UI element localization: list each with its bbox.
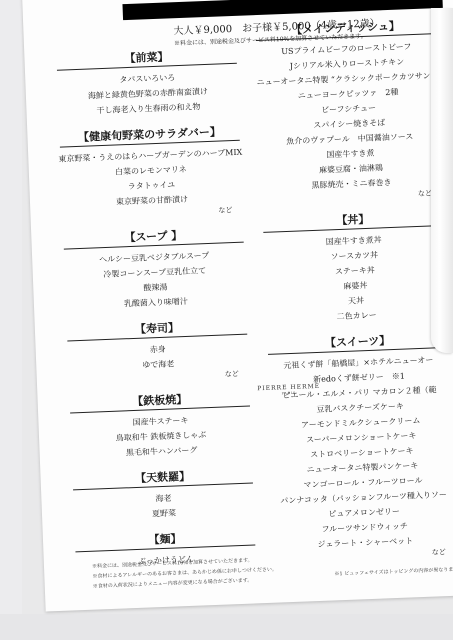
menu-section: 【鉄板焼】国産牛ステーキ鳥取和牛 鉄板焼きしゃぶ黒毛和牛ハンバーグ xyxy=(59,388,261,463)
menu-section: 【寿司】赤身ゆで海老など xyxy=(57,316,259,386)
menu-section: 【健康旬野菜のサラダバー】東京野菜・うえのはらハーブガーデンのハーブMIX白菜の… xyxy=(49,122,252,222)
page-curl xyxy=(431,8,453,353)
menu-section: 【丼】国産牛すき煮丼ソースカツ丼ステーキ丼麻婆丼天丼二色カレー xyxy=(253,208,453,328)
right-column: 【メインディッシュ】USプライムビーフのローストビーフJシリアル米入りローストチ… xyxy=(245,16,453,574)
menu-section: 【天麩羅】海老夏野菜 xyxy=(62,465,264,525)
menu-section: 【スイーツ】元祖くず餅「船橋屋」×ホテルニューオー新edoくず餅ゼリー ※1ピエ… xyxy=(257,330,453,565)
menu-sheet: 大人￥9,000 お子様￥5,000（4歳～12歳） ※料金には、別途税金及びサ… xyxy=(22,0,453,612)
menu-section: 【前菜】タパスいろいろ海鮮と緑黄色野菜の赤酢南蛮漬け干し海老入り生春雨の和え物 xyxy=(46,45,248,120)
menu-section: 【スープ 】ヘルシー豆乳ベジタブルスープ冷製コーンスープ豆乳仕立て酸辣湯乳酸菌入… xyxy=(53,224,256,314)
footnotes-left: ※料金には、別途税金及びサービス料10%を加算させていただきます。 ※食材による… xyxy=(92,555,278,592)
background-edge xyxy=(0,0,22,640)
left-column: 【前菜】タパスいろいろ海鮮と緑黄色野菜の赤酢南蛮漬け干し海老入り生春雨の和え物【… xyxy=(46,45,266,581)
background-bottom xyxy=(0,614,453,640)
menu-section: 【メインディッシュ】USプライムビーフのローストビーフJシリアル米入りローストチ… xyxy=(245,16,452,206)
